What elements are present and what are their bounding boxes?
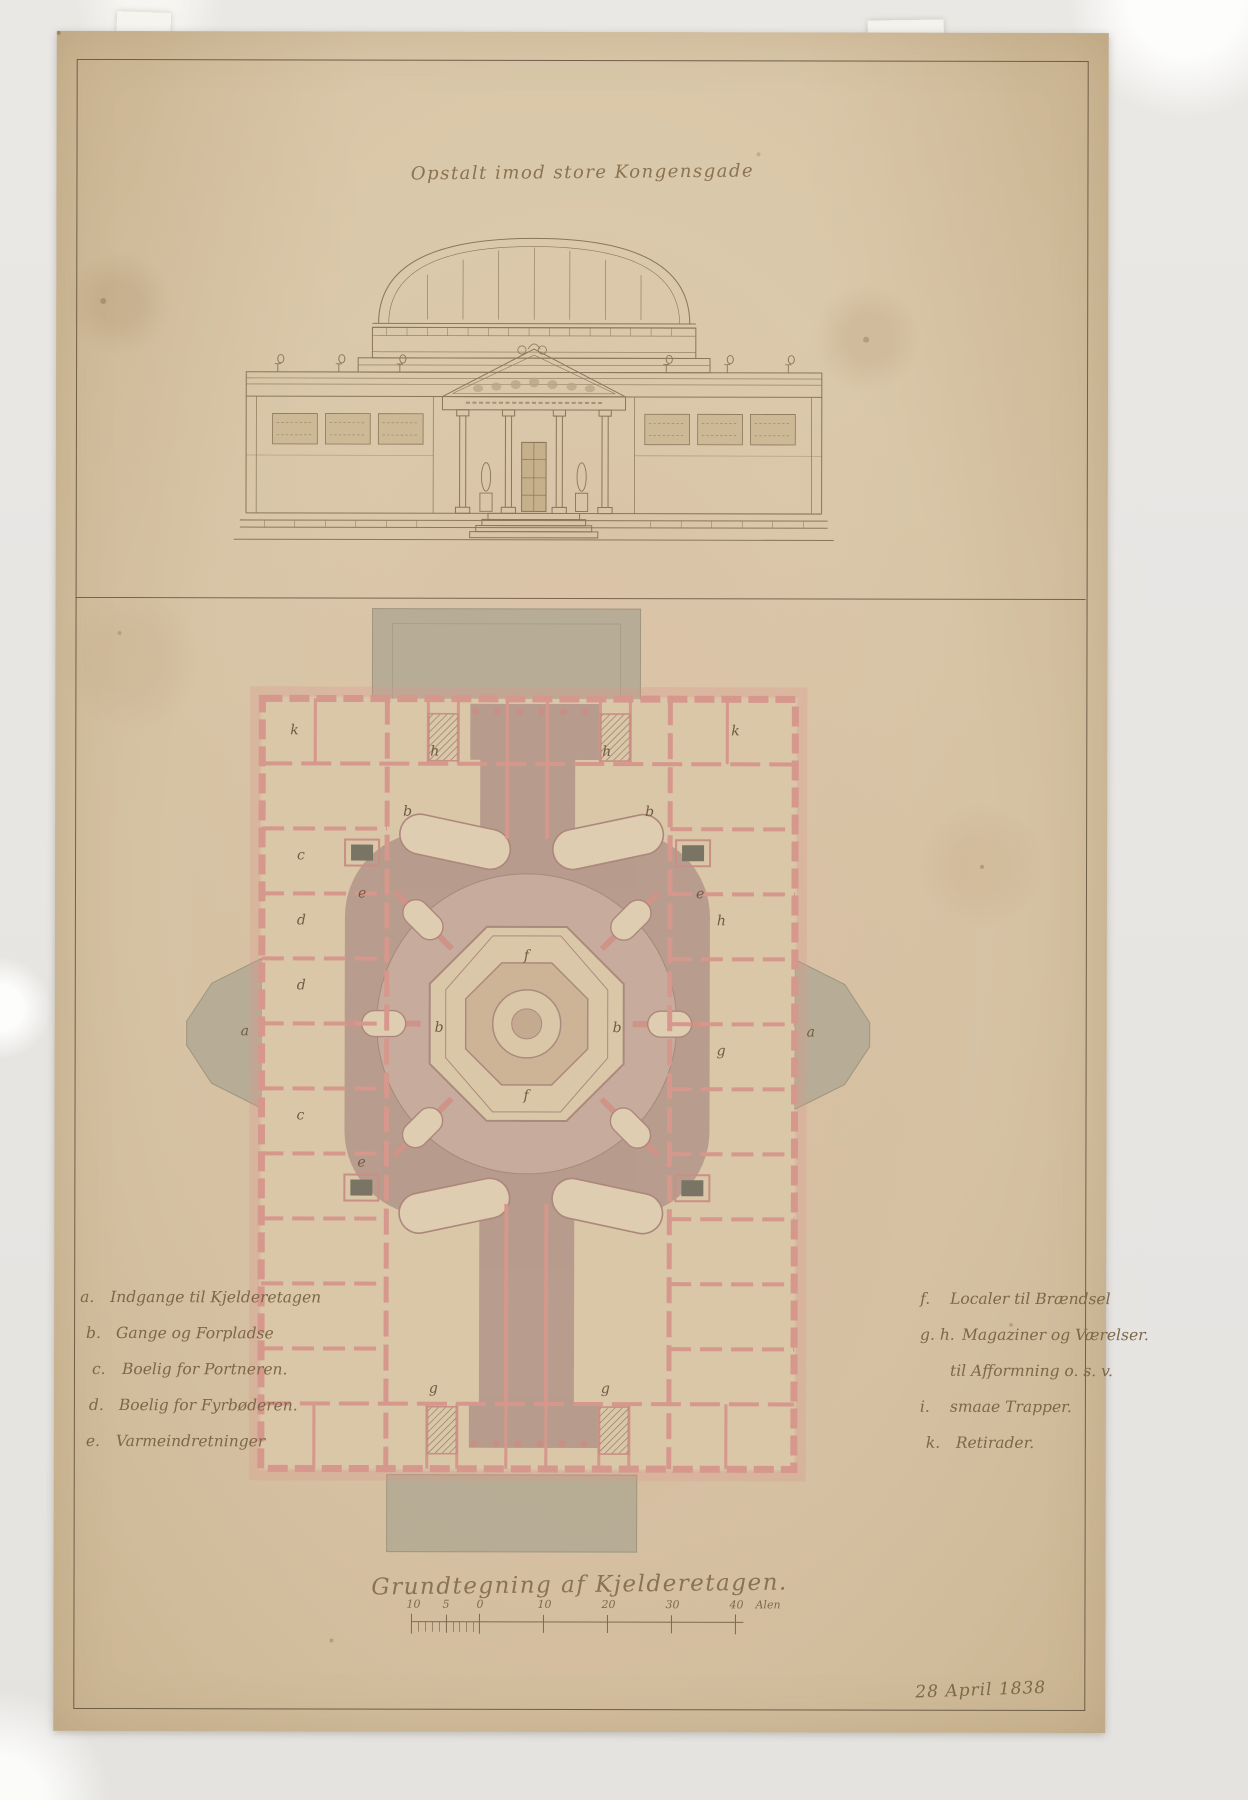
legend-item: d.Boelig for Fyrbøderen. xyxy=(80,1387,330,1424)
svg-text:g: g xyxy=(717,1043,726,1059)
svg-text:h: h xyxy=(717,913,726,929)
scale-bar: 10 5 0 10 20 30 40 Alen xyxy=(403,1592,833,1645)
svg-text:h: h xyxy=(430,744,439,760)
legend-item: e.Varmeindretninger xyxy=(80,1423,330,1460)
svg-text:b: b xyxy=(613,1020,622,1036)
svg-text:5: 5 xyxy=(442,1598,449,1611)
svg-text:k: k xyxy=(731,723,740,739)
elevation-drawing xyxy=(234,203,835,544)
legend-item: f.Localer til Brændsel xyxy=(920,1281,1110,1317)
legend-item: k.Retirader. xyxy=(920,1425,1110,1461)
svg-text:c: c xyxy=(297,847,305,863)
svg-text:b: b xyxy=(435,1020,444,1036)
svg-text:b: b xyxy=(645,804,654,820)
legend-item: b.Gange og Forpladse xyxy=(80,1315,330,1352)
svg-text:b: b xyxy=(403,804,412,820)
legend-item: a.Indgange til Kjelderetagen xyxy=(80,1279,330,1316)
legend-item: g. h.Magaziner og Værelser. xyxy=(920,1317,1110,1353)
scale-unit-label: Alen xyxy=(754,1598,780,1611)
svg-text:d: d xyxy=(297,977,306,993)
legend-right: f.Localer til Brændsel g. h.Magaziner og… xyxy=(920,1281,1110,1461)
svg-text:g: g xyxy=(601,1381,610,1397)
svg-text:k: k xyxy=(290,722,299,738)
svg-text:h: h xyxy=(602,744,611,760)
svg-text:20: 20 xyxy=(600,1598,615,1611)
legend-left: a.Indgange til Kjelderetagen b.Gange og … xyxy=(80,1279,330,1460)
legend-item: til Afformning o. s. v. xyxy=(920,1353,1110,1389)
svg-text:e: e xyxy=(358,886,366,902)
svg-text:d: d xyxy=(297,912,306,928)
svg-text:e: e xyxy=(357,1155,365,1171)
svg-text:30: 30 xyxy=(665,1598,679,1611)
svg-text:g: g xyxy=(429,1381,438,1397)
scan-background: Opstalt imod store Kongensgade xyxy=(0,0,1248,1800)
legend-item: i.smaae Trapper. xyxy=(920,1389,1110,1425)
svg-text:a: a xyxy=(807,1024,815,1040)
svg-text:a: a xyxy=(241,1023,249,1039)
svg-text:e: e xyxy=(696,886,704,902)
legend-item: c.Boelig for Portneren. xyxy=(80,1351,330,1388)
foxing-spots xyxy=(57,31,61,35)
drawing-sheet: Opstalt imod store Kongensgade xyxy=(53,31,1109,1733)
svg-text:40: 40 xyxy=(728,1598,743,1611)
svg-text:0: 0 xyxy=(476,1598,483,1611)
svg-text:c: c xyxy=(296,1107,304,1123)
svg-text:10: 10 xyxy=(537,1598,551,1611)
svg-text:10: 10 xyxy=(406,1598,420,1611)
